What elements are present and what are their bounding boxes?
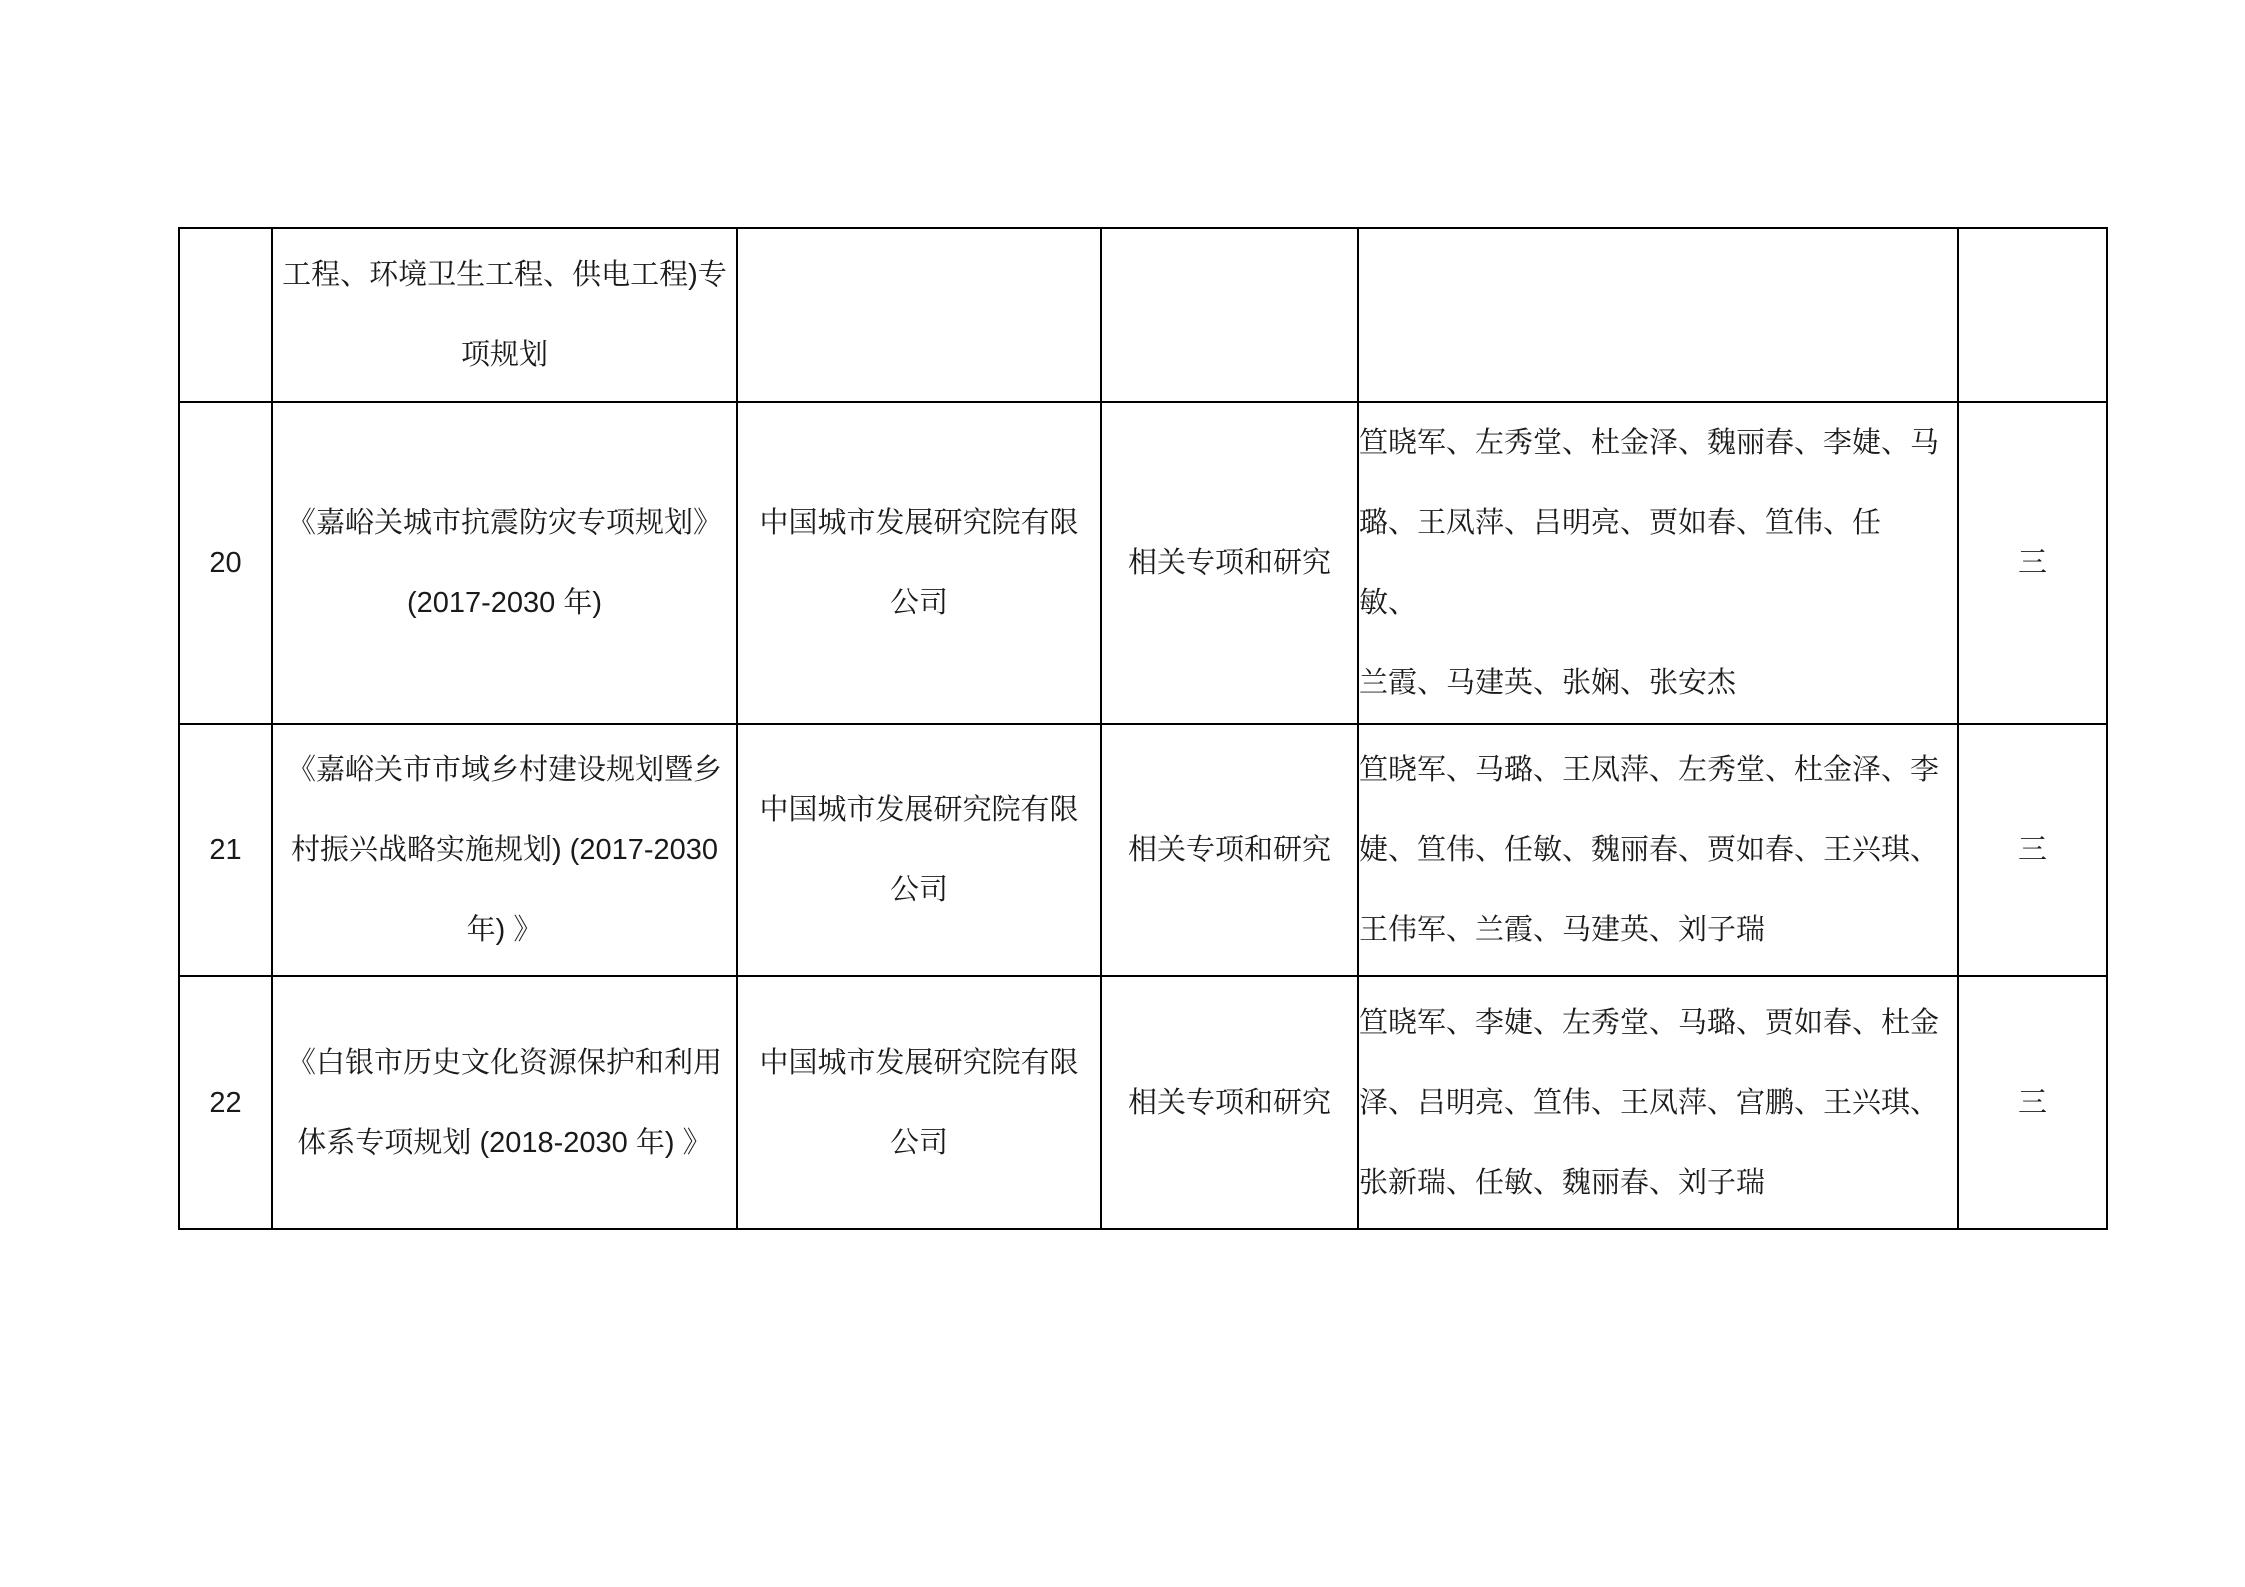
company-cell: 中国城市发展研究院有限 公司 — [737, 402, 1101, 724]
category-cell: 相关专项和研究 — [1101, 724, 1358, 976]
grade-cell: 三 — [1958, 402, 2107, 724]
row-number-cell — [179, 228, 272, 402]
company-cell: 中国城市发展研究院有限 公司 — [737, 976, 1101, 1229]
grade-cell: 三 — [1958, 724, 2107, 976]
team-members-cell: 笪晓军、左秀堂、杜金泽、魏丽春、李婕、马 璐、王凤萍、吕明亮、贾如春、笪伟、任 … — [1358, 402, 1958, 724]
row-number-cell: 22 — [179, 976, 272, 1229]
row-number-cell: 21 — [179, 724, 272, 976]
awards-table: 工程、环境卫生工程、供电工程)专 项规划 20 《嘉峪关城市抗震防灾专项规划》 … — [178, 227, 2108, 1230]
team-members-cell: 笪晓军、李婕、左秀堂、马璐、贾如春、杜金 泽、吕明亮、笪伟、王凤萍、宫鹏、王兴琪… — [1358, 976, 1958, 1229]
project-name-cell: 《嘉峪关市市域乡村建设规划暨乡 村振兴战略实施规划) (2017-2030 年)… — [272, 724, 737, 976]
project-name-cell: 《白银市历史文化资源保护和利用 体系专项规划 (2018-2030 年) 》 — [272, 976, 737, 1229]
category-cell: 相关专项和研究 — [1101, 402, 1358, 724]
category-cell — [1101, 228, 1358, 402]
table-row: 工程、环境卫生工程、供电工程)专 项规划 — [179, 228, 2107, 402]
table-row: 21 《嘉峪关市市域乡村建设规划暨乡 村振兴战略实施规划) (2017-2030… — [179, 724, 2107, 976]
table-row: 22 《白银市历史文化资源保护和利用 体系专项规划 (2018-2030 年) … — [179, 976, 2107, 1229]
team-members-cell: 笪晓军、马璐、王凤萍、左秀堂、杜金泽、李 婕、笪伟、任敏、魏丽春、贾如春、王兴琪… — [1358, 724, 1958, 976]
category-cell: 相关专项和研究 — [1101, 976, 1358, 1229]
project-name-cell: 工程、环境卫生工程、供电工程)专 项规划 — [272, 228, 737, 402]
grade-cell: 三 — [1958, 976, 2107, 1229]
team-members-cell — [1358, 228, 1958, 402]
grade-cell — [1958, 228, 2107, 402]
row-number-cell: 20 — [179, 402, 272, 724]
table-row: 20 《嘉峪关城市抗震防灾专项规划》 (2017-2030 年) 中国城市发展研… — [179, 402, 2107, 724]
company-cell: 中国城市发展研究院有限 公司 — [737, 724, 1101, 976]
document-page: 工程、环境卫生工程、供电工程)专 项规划 20 《嘉峪关城市抗震防灾专项规划》 … — [0, 0, 2245, 1587]
project-name-cell: 《嘉峪关城市抗震防灾专项规划》 (2017-2030 年) — [272, 402, 737, 724]
company-cell — [737, 228, 1101, 402]
